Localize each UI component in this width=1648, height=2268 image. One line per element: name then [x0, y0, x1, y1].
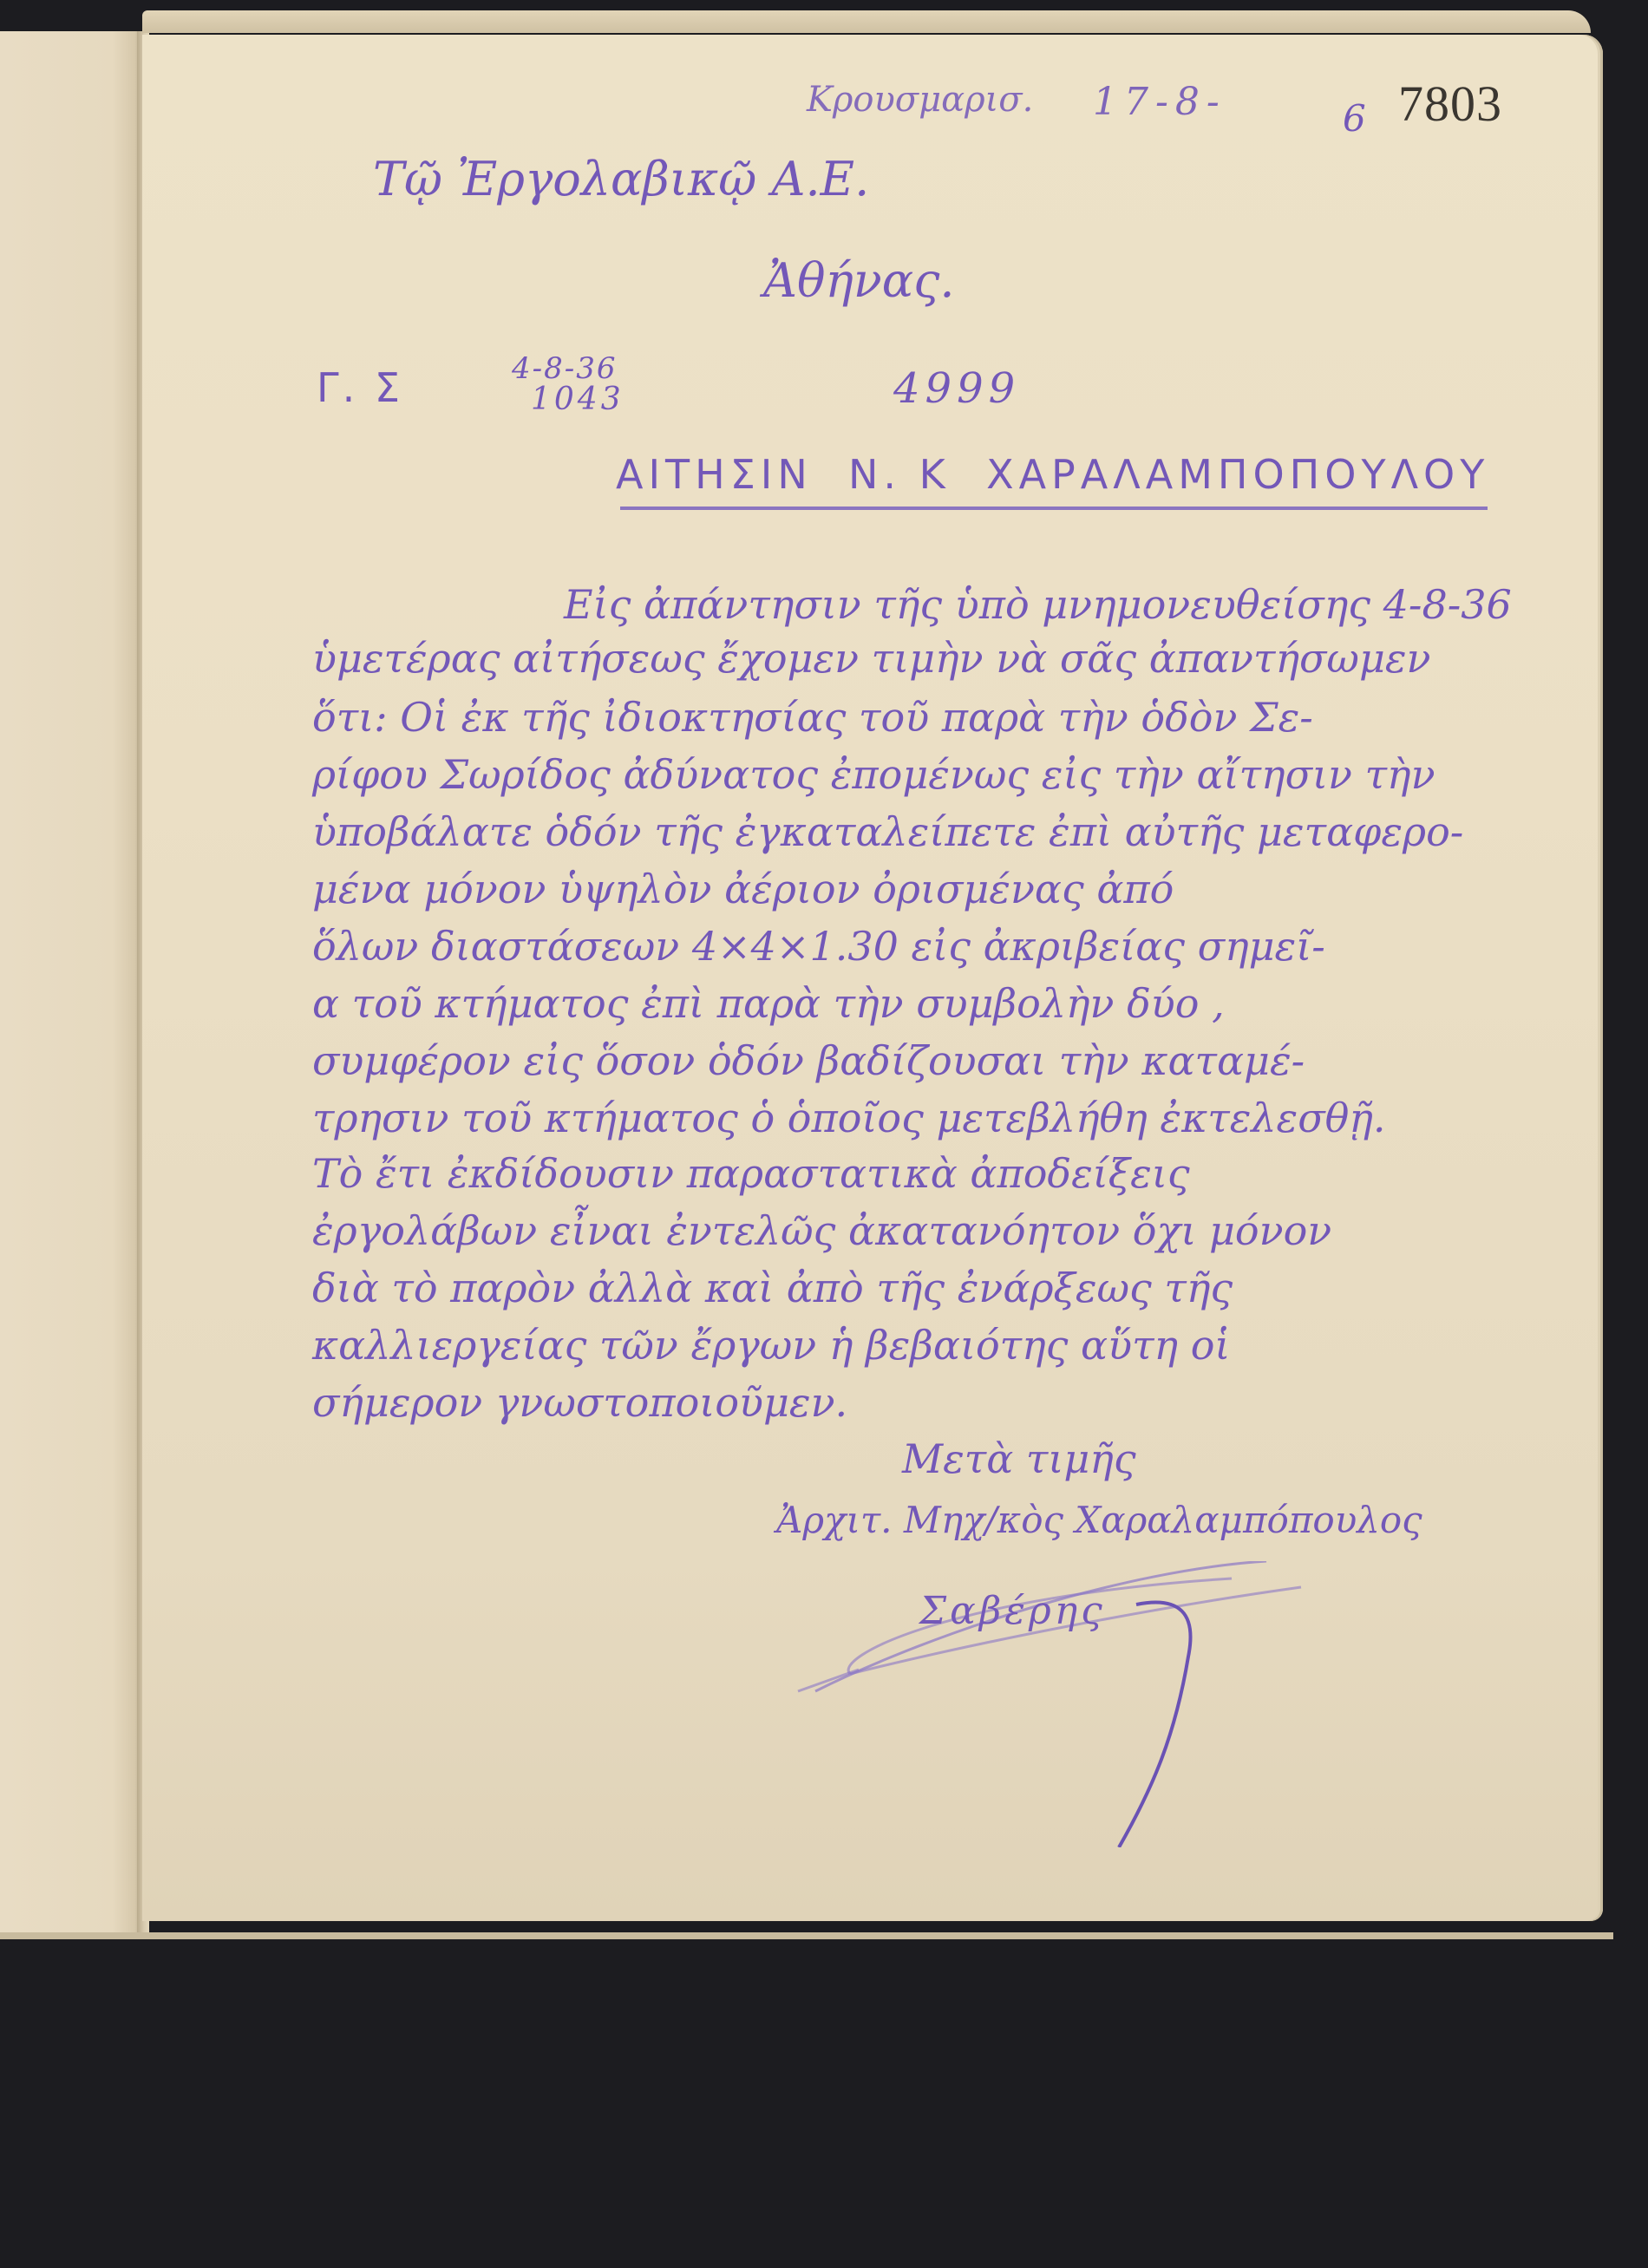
page-stack-top-edge — [142, 10, 1591, 33]
subject-underline — [620, 507, 1488, 510]
page-stack-bottom-edge — [0, 1932, 1613, 1939]
reference-number: 4999 — [893, 364, 1020, 413]
body-line: α τοῦ κτήματος ἐπὶ παρὰ τὴν συμβολὴν δύο… — [312, 980, 1225, 1027]
reference-prefix: Γ. Σ — [317, 364, 403, 411]
document-scan: Κρουσμαρισ. 17-8- 6 7803 Τῷ Ἐργολαβικῷ Α… — [0, 0, 1648, 2268]
body-line: ὅτι: Οἱ ἐκ τῆς ἰδιοκτησίας τοῦ παρὰ τὴν … — [312, 694, 1313, 741]
body-line: ὑποβάλατε ὁδόν τῆς ἐγκαταλείπετε ἐπὶ αὐτ… — [312, 808, 1463, 855]
body-line: συμφέρον εἰς ὅσον ὁδόν βαδίζουσαι τὴν κα… — [312, 1037, 1305, 1084]
addressee-line-1: Τῷ Ἐργολαβικῷ Α.Ε. — [373, 152, 869, 206]
body-line: τρησιν τοῦ κτήματος ὁ ὁποῖος μετεβλήθη ἐ… — [312, 1095, 1386, 1141]
body-line: Εἰς ἀπάντησιν τῆς ὑπὸ μνημονευθείσης 4-8… — [564, 581, 1512, 628]
body-line: καλλιεργείας τῶν ἔργων ἡ βεβαιότης αὕτη … — [312, 1322, 1230, 1369]
body-line: σήμερον γνωστοποιοῦμεν. — [312, 1379, 847, 1426]
reference-date: 4-8-36 — [512, 351, 618, 386]
closing-salutation: Μετὰ τιμῆς — [902, 1435, 1136, 1482]
reference-sub-number: 1043 — [531, 382, 625, 417]
ledger-digit: 6 — [1343, 97, 1366, 140]
body-line: ὅλων διαστάσεων 4×4×1.30 εἰς ἀκριβείας σ… — [312, 923, 1325, 970]
addressee-line-2: Ἀθήνας. — [763, 253, 955, 308]
received-note: Κρουσμαρισ. — [807, 80, 1033, 120]
body-line: ρίφου Σωρίδος ἀδύνατος ἐπομένως εἰς τὴν … — [312, 751, 1435, 798]
stamped-number: 7803 — [1398, 75, 1502, 133]
body-line: Τὸ ἔτι ἐκδίδουσιν παραστατικὰ ἀποδείξεις — [312, 1150, 1190, 1197]
signer-line: Ἀρχιτ. Μηχ/κὸς Χαραλαμπόπουλος — [776, 1499, 1422, 1541]
body-line: μένα μόνον ὑψηλὸν ἀέριον ὀρισμένας ἀπό — [312, 866, 1174, 912]
body-line: διὰ τὸ παρὸν ἀλλὰ καὶ ἀπὸ τῆς ἐνάρξεως τ… — [312, 1265, 1233, 1311]
body-line: ἐργολάβων εἶναι ἐντελῶς ἀκατανόητον ὅχι … — [312, 1207, 1331, 1254]
subject-heading: ΑΙΤΗΣΙΝ Ν. Κ ΧΑΡΑΛΑΜΠΟΠΟΥΛΟΥ — [616, 451, 1489, 498]
body-line: ὑμετέρας αἰτήσεως ἔχομεν τιμὴν νὰ σᾶς ἀπ… — [312, 635, 1430, 682]
facing-page-edge — [0, 31, 141, 1932]
signature: Σαβέρης — [919, 1589, 1106, 1633]
received-date: 17-8- — [1093, 80, 1226, 124]
